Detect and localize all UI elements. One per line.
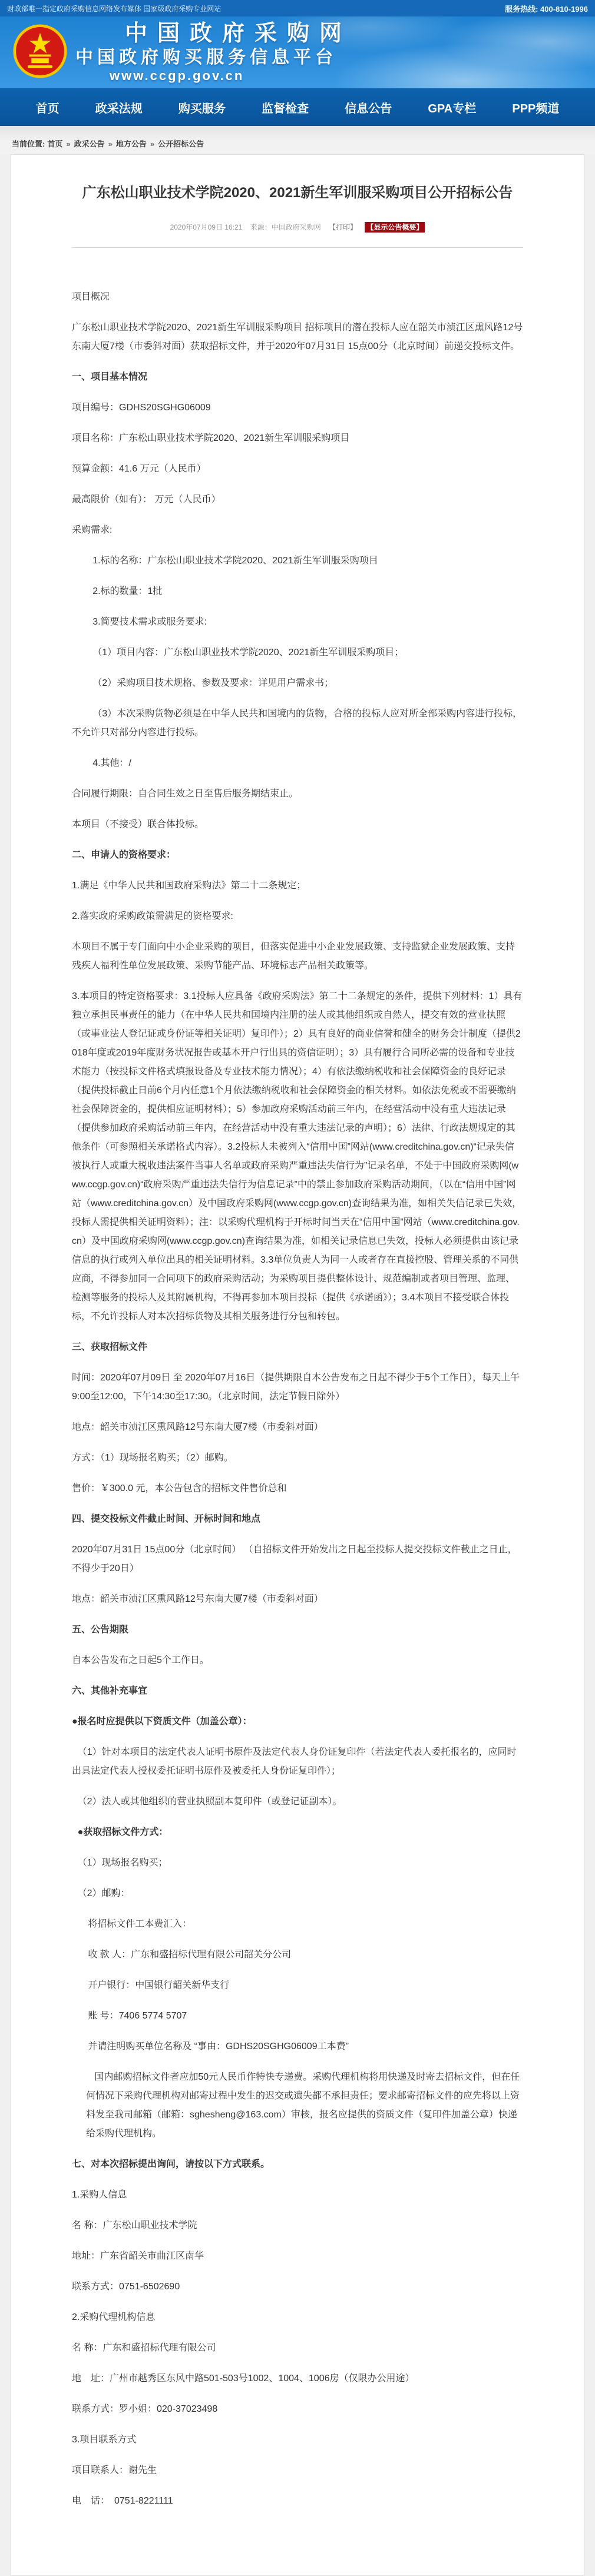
- article-paragraph: （1）现场报名购买；: [72, 1854, 523, 1873]
- section-heading: 六、其他补充事宜: [72, 1682, 523, 1701]
- article-paragraph: 3.本项目的特定资格要求：3.1投标人应具备《政府采购法》第二十二条规定的条件，…: [72, 987, 523, 1326]
- article-paragraph: 收 款 人：广东和盛招标代理有限公司韶关分公司: [72, 1946, 523, 1964]
- article-paragraph: 合同履行期限：自合同生效之日至售后服务期结束止。: [72, 785, 523, 804]
- section-heading: 一、项目基本情况: [72, 368, 523, 387]
- article-paragraph: 联系方式：罗小姐：020-37023498: [72, 2400, 523, 2419]
- article-paragraph: 2020年07月31日 15点00分（北京时间） （自招标文件开始发出之日起至投…: [72, 1541, 523, 1578]
- section-heading: 三、获取招标文件: [72, 1338, 523, 1357]
- article-paragraph: 项目名称：广东松山职业技术学院2020、2021新生军训服采购项目: [72, 429, 523, 448]
- breadcrumb-separator: »: [66, 140, 70, 148]
- banner-text: 中国政府采购网 中国政府购买服务信息平台 www.ccgp.gov.cn: [75, 22, 352, 82]
- article-paragraph: 1.满足《中华人民共和国政府采购法》第二十二条规定；: [72, 877, 523, 895]
- article-paragraph: ●报名时应提供以下资质文件（加盖公章）：: [72, 1712, 523, 1731]
- site-subtitle: 中国政府购买服务信息平台: [75, 48, 352, 67]
- page-title: 广东松山职业技术学院2020、2021新生军训服采购项目公开招标公告: [78, 182, 517, 204]
- breadcrumb-separator: »: [150, 140, 154, 148]
- article-paragraph: 1.采购人信息: [72, 2186, 523, 2205]
- article-paragraph: （2）邮购：: [72, 1884, 523, 1903]
- show-summary-button[interactable]: 【显示公告概要】: [365, 222, 425, 233]
- section-heading: 七、对本次招标提出询问，请按以下方式联系。: [72, 2155, 523, 2174]
- article-paragraph: 名 称：广东和盛招标代理有限公司: [72, 2339, 523, 2358]
- article-paragraph: 最高限价（如有）： 万元（人民币）: [72, 490, 523, 509]
- article-paragraph: 3.简要技术需求或服务要求:: [72, 613, 523, 632]
- nav-item-5[interactable]: 信息公告: [345, 99, 392, 116]
- section-heading: 四、提交投标文件截止时间、开标时间和地点: [72, 1510, 523, 1529]
- article-paragraph: 项目概况: [72, 288, 523, 307]
- article-paragraph: 项目联系人：谢先生: [72, 2461, 523, 2480]
- article-paragraph: 自本公告发布之日起5个工作日。: [72, 1651, 523, 1670]
- article-source: 来源：中国政府采购网: [250, 223, 321, 231]
- nav-item-1[interactable]: 首页: [36, 99, 59, 116]
- breadcrumb-item-4: 公开招标公告: [158, 140, 204, 148]
- article-paragraph: 将招标文件工本费汇入：: [72, 1915, 523, 1934]
- breadcrumb-label: 当前位置:: [12, 138, 45, 149]
- article-paragraph: 售价：￥300.0 元，本公告包含的招标文件售价总和: [72, 1479, 523, 1498]
- article-paragraph: 2.采购代理机构信息: [72, 2308, 523, 2327]
- article-paragraph: 时间：2020年07月09日 至 2020年07月16日（提供期限自本公告发布之…: [72, 1369, 523, 1406]
- nav-item-6[interactable]: GPA专栏: [428, 99, 476, 116]
- site-url: www.ccgp.gov.cn: [110, 69, 352, 82]
- breadcrumb: 当前位置: 首页»政采公告»地方公告»公开招标公告: [0, 126, 595, 154]
- article-paragraph: 广东松山职业技术学院2020、2021新生军训服采购项目 招标项目的潜在投标人应…: [72, 318, 523, 356]
- service-hotline: 服务热线: 400-810-1996: [505, 3, 588, 14]
- article-paragraph: ●获取招标文件方式：: [72, 1823, 523, 1842]
- print-button[interactable]: 【打印】: [329, 223, 357, 231]
- article-paragraph: 项目编号：GDHS20SGHG06009: [72, 399, 523, 417]
- breadcrumb-item-3[interactable]: 地方公告: [116, 140, 147, 148]
- section-heading: 二、申请人的资格要求：: [72, 846, 523, 865]
- site-banner: 中国政府采购网 中国政府购买服务信息平台 www.ccgp.gov.cn: [0, 16, 595, 88]
- article-paragraph: 预算金额：41.6 万元（人民币）: [72, 460, 523, 479]
- article-paragraph: 地点：韶关市浈江区熏风路12号东南大厦7楼（市委斜对面）: [72, 1418, 523, 1437]
- site-name: 中国政府采购网: [75, 22, 352, 46]
- article-paragraph: 本项目不属于专门面向中小企业采购的项目，但落实促进中小企业发展政策、支持监狱企业…: [72, 938, 523, 975]
- article-paragraph: 并请注明购买单位名称及 “事由：GDHS20SGHG06009工本费”: [72, 2037, 523, 2056]
- article-paragraph: 地 址：广州市越秀区东风中路501-503号1002、1004、1006房（仅限…: [72, 2369, 523, 2388]
- article-paragraph: 名 称：广东松山职业技术学院: [72, 2216, 523, 2235]
- national-emblem-icon: [13, 24, 67, 81]
- article-meta: 2020年07月09日 16:21 来源：中国政府采购网 【打印】 【显示公告概…: [72, 222, 523, 232]
- article-body: 项目概况广东松山职业技术学院2020、2021新生军训服采购项目 招标项目的潜在…: [72, 248, 523, 2511]
- article-paragraph: 4.其他：/: [72, 754, 523, 773]
- nav-item-2[interactable]: 政采法规: [95, 99, 143, 116]
- topbar: 财政部唯一指定政府采购信息网络发布媒体 国家级政府采购专业网站 服务热线: 40…: [0, 0, 595, 16]
- article-paragraph: 地点：韶关市浈江区熏风路12号东南大厦7楼（市委斜对面）: [72, 1590, 523, 1609]
- article-paragraph: 2.落实政府采购政策需满足的资格要求:: [72, 907, 523, 926]
- breadcrumb-item-2[interactable]: 政采公告: [74, 140, 105, 148]
- article-paragraph: 国内邮购招标文件者应加50元人民币作特快专递费。采购代理机构将用快递及时寄去招标…: [72, 2068, 523, 2143]
- breadcrumb-item-1[interactable]: 首页: [47, 140, 62, 148]
- nav-item-7[interactable]: PPP频道: [512, 99, 559, 116]
- article-paragraph: 3.项目联系方式: [72, 2431, 523, 2449]
- article-paragraph: 2.标的数量：1批: [72, 582, 523, 601]
- article-paragraph: （3）本次采购货物必须是在中华人民共和国境内的货物，合格的投标人应对所全部采购内…: [72, 705, 523, 742]
- article-paragraph: 账 号：7406 5774 5707: [72, 2007, 523, 2026]
- article-card: 广东松山职业技术学院2020、2021新生军训服采购项目公开招标公告 2020年…: [11, 154, 584, 2576]
- article-paragraph: 本项目（不接受）联合体投标。: [72, 815, 523, 834]
- article-paragraph: 电 话： 0751-8221111: [72, 2492, 523, 2511]
- breadcrumb-items: 首页»政采公告»地方公告»公开招标公告: [47, 138, 204, 149]
- hotline-label: 服务热线:: [505, 5, 538, 14]
- breadcrumb-separator: »: [108, 140, 113, 148]
- article-paragraph: （2）采购项目技术规格、参数及要求：详见用户需求书；: [72, 674, 523, 693]
- nav-item-3[interactable]: 购买服务: [178, 99, 226, 116]
- main-nav: 首页政采法规购买服务监督检查信息公告GPA专栏PPP频道: [0, 88, 595, 126]
- article-paragraph: 开户银行：中国银行韶关新华支行: [72, 1976, 523, 1995]
- article-paragraph: 方式：（1）现场报名购买；（2）邮购。: [72, 1449, 523, 1468]
- article-paragraph: 采购需求:: [72, 521, 523, 540]
- article-paragraph: 联系方式：0751-6502690: [72, 2278, 523, 2296]
- topbar-slogan: 财政部唯一指定政府采购信息网络发布媒体 国家级政府采购专业网站: [7, 4, 221, 14]
- article-paragraph: （1）针对本项目的法定代表人证明书原件及法定代表人身份证复印件（若法定代表人委托…: [72, 1743, 523, 1781]
- nav-item-4[interactable]: 监督检查: [262, 99, 309, 116]
- publish-datetime: 2020年07月09日 16:21: [170, 223, 243, 231]
- article-paragraph: （1）项目内容：广东松山职业技术学院2020、2021新生军训服采购项目；: [72, 643, 523, 662]
- article-paragraph: （2）法人或其他组织的营业执照副本复印件（或登记证副本）。: [72, 1792, 523, 1811]
- article-paragraph: 1.标的名称：广东松山职业技术学院2020、2021新生军训服采购项目: [72, 552, 523, 570]
- article-paragraph: 地址：广东省韶关市曲江区南华: [72, 2247, 523, 2266]
- section-heading: 五、公告期限: [72, 1621, 523, 1639]
- hotline-number: 400-810-1996: [540, 5, 588, 14]
